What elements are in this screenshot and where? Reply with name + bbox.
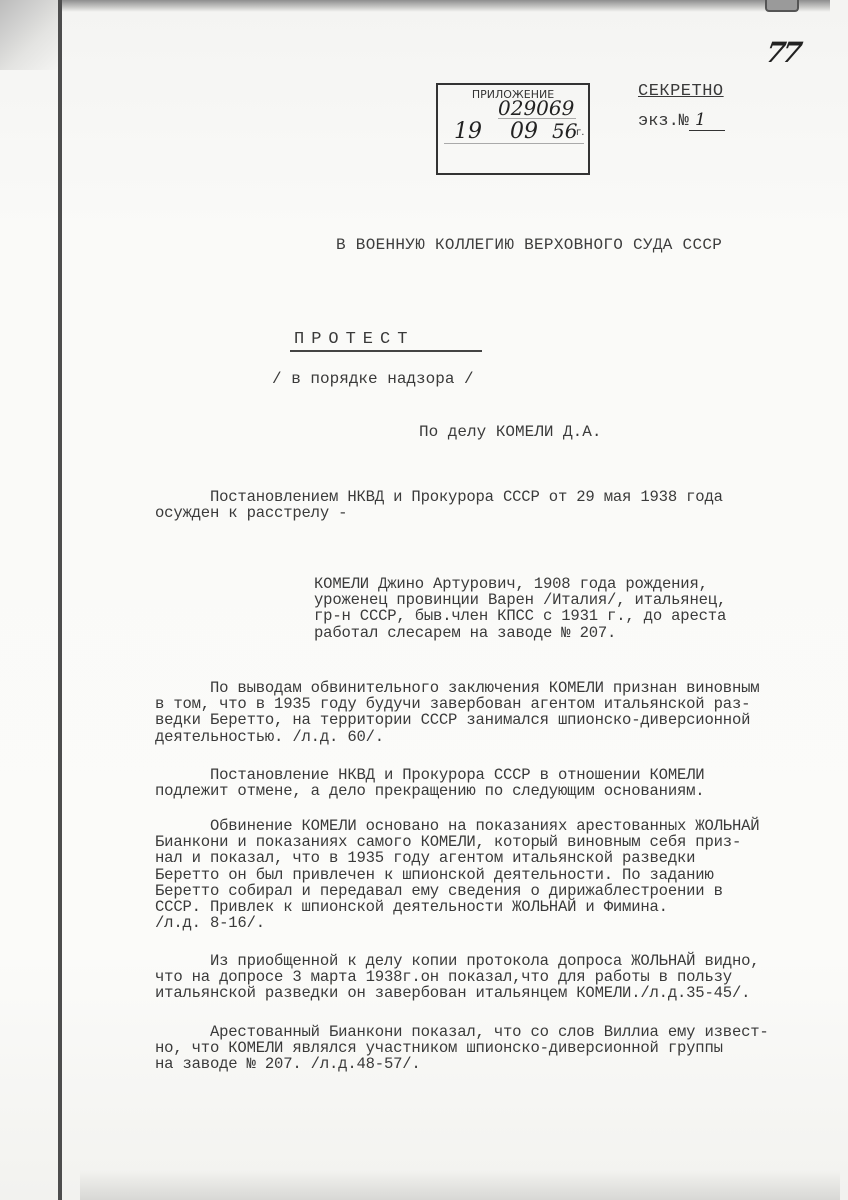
- document-title: ПРОТЕСТ: [290, 330, 482, 352]
- paragraph-accusation: Обвинение КОМЕЛИ основано на показаниях …: [155, 818, 845, 931]
- paragraph-grounds: Постановление НКВД и Прокурора СССР в от…: [155, 767, 845, 799]
- stamp-day: 19: [454, 119, 482, 144]
- defendant-details: КОМЕЛИ Джино Артурович, 1908 года рожден…: [314, 576, 814, 641]
- faint-bleedthrough-mark: ​: [179, 1140, 180, 1159]
- stamp-year: 56: [552, 119, 577, 143]
- case-reference: По делу КОМЕЛИ Д.А.: [419, 423, 601, 441]
- copy-number: 1: [689, 110, 725, 131]
- handwritten-page-number: 77: [763, 36, 802, 69]
- stamp-line: [444, 143, 584, 144]
- paragraph-interrogation: Из приобщенной к делу копии протокола до…: [155, 953, 845, 1002]
- document-subtitle: / в порядке надзора /: [272, 370, 474, 388]
- document-page: ​ 77 ПРИЛОЖЕНИЕ 029069 19 09 56 г. СЕКРЕ…: [0, 0, 848, 1200]
- stamp-number: 029069: [498, 96, 574, 120]
- copy-number-line: экз.№1: [638, 110, 725, 131]
- classification-label: СЕКРЕТНО: [638, 82, 724, 101]
- scan-shadow: [0, 0, 62, 70]
- page-binding-edge: [58, 0, 62, 1200]
- paragraph-testimony: Арестованный Бианкони показал, что со сл…: [155, 1024, 845, 1073]
- copy-prefix: экз.№: [638, 112, 689, 131]
- stamp-year-suffix: г.: [576, 127, 584, 138]
- paragraph-indictment: По выводам обвинительного заключения КОМ…: [155, 680, 845, 745]
- addressee: В ВОЕННУЮ КОЛЛЕГИЮ ВЕРХОВНОГО СУДА СССР: [336, 236, 722, 254]
- appendix-stamp: ПРИЛОЖЕНИЕ 029069 19 09 56 г.: [436, 83, 590, 175]
- paragraph-sentence: Постановлением НКВД и Прокурора СССР от …: [155, 489, 845, 521]
- stamp-month: 09: [510, 119, 538, 144]
- folder-tab: [765, 0, 799, 12]
- scan-bottom-smudge: [80, 1170, 840, 1200]
- scan-top-edge: [60, 0, 830, 12]
